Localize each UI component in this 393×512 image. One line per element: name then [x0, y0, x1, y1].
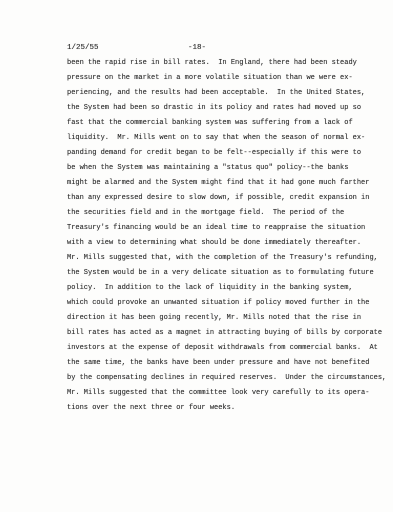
text-line: the same time, the banks have been under…: [67, 356, 389, 371]
page-header: 1/25/55 -18-: [67, 42, 377, 54]
date-label: 1/25/55: [67, 42, 99, 54]
text-line: bill rates has acted as a magnet in attr…: [67, 326, 389, 341]
text-line: panding demand for credit began to be fe…: [67, 146, 389, 161]
text-line: be when the System was maintaining a "st…: [67, 161, 389, 176]
text-line: by the compensating declines in required…: [67, 371, 389, 386]
text-line: Mr. Mills suggested that, with the compl…: [67, 251, 389, 266]
text-line: the System would be in a very delicate s…: [67, 266, 389, 281]
text-line: policy. In addition to the lack of liqui…: [67, 281, 389, 296]
text-line: the System had been so drastic in its po…: [67, 101, 389, 116]
text-line: might be alarmed and the System might fi…: [67, 176, 389, 191]
text-line: direction it has been going recently, Mr…: [67, 311, 389, 326]
document-page: 1/25/55 -18- been the rapid rise in bill…: [0, 0, 393, 512]
text-line: pressure on the market in a more volatil…: [67, 71, 389, 86]
text-line: Mr. Mills suggested that the committee l…: [67, 386, 389, 401]
text-line: than any expressed desire to slow down, …: [67, 191, 389, 206]
text-line: been the rapid rise in bill rates. In En…: [67, 56, 389, 71]
text-line: Treasury's financing would be an ideal t…: [67, 221, 389, 236]
text-line: investors at the expense of deposit with…: [67, 341, 389, 356]
text-line: fast that the commercial banking system …: [67, 116, 389, 131]
text-line: tions over the next three or four weeks.: [67, 401, 389, 416]
text-line: which could provoke an unwanted situatio…: [67, 296, 389, 311]
text-line: the securities field and in the mortgage…: [67, 206, 389, 221]
text-line: with a view to determining what should b…: [67, 236, 389, 251]
body-text: been the rapid rise in bill rates. In En…: [67, 56, 389, 416]
text-line: liquidity. Mr. Mills went on to say that…: [67, 131, 389, 146]
text-line: periencing, and the results had been acc…: [67, 86, 389, 101]
page-number: -18-: [188, 42, 206, 54]
